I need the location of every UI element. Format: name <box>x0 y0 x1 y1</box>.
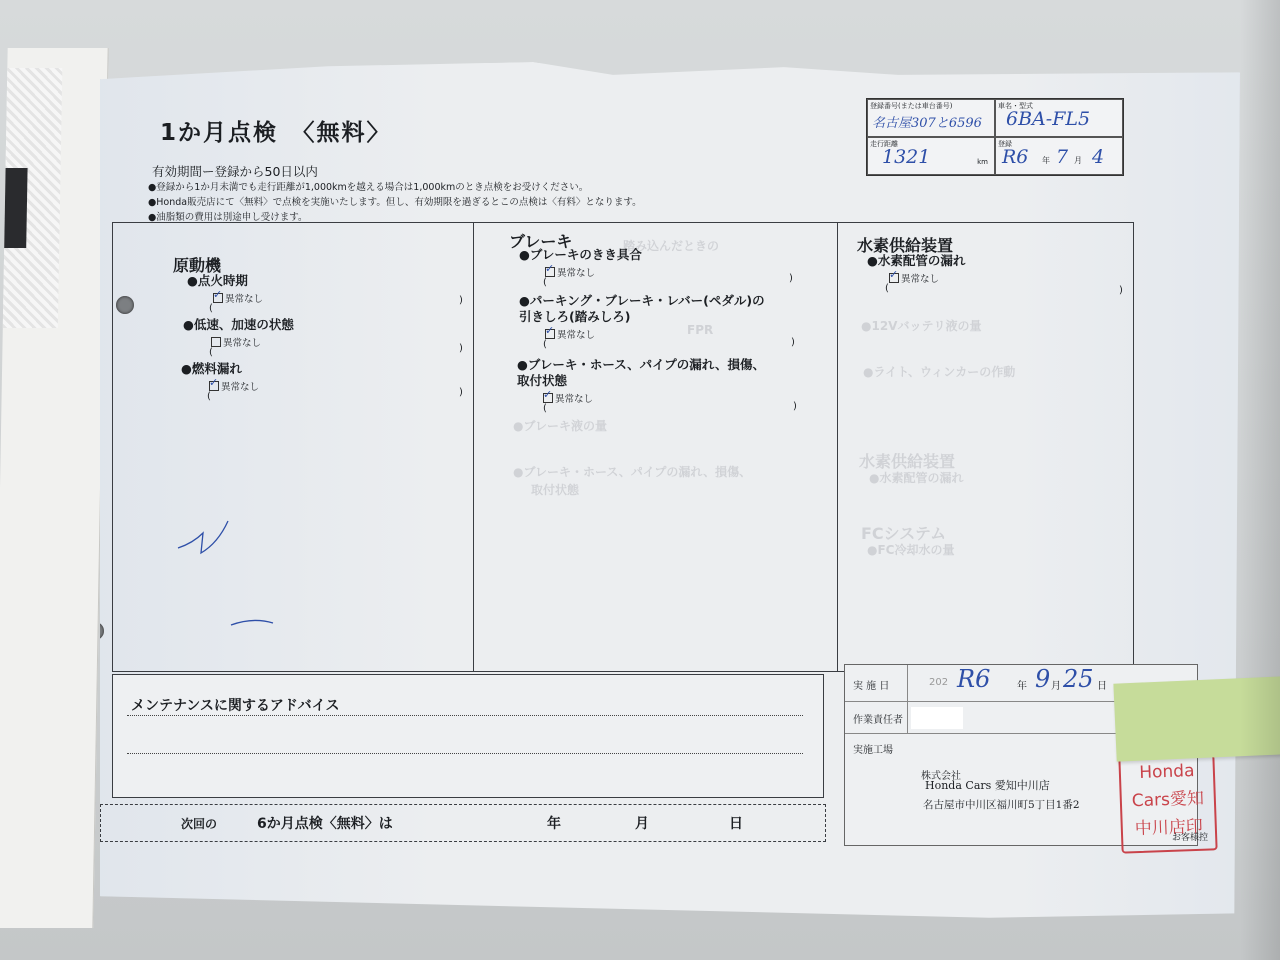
item-label: ●パーキング・ブレーキ・レバー(ペダル)の 引きしろ(踏みしろ) <box>519 293 765 325</box>
item-label: ●ブレーキ・ホース、パイプの漏れ、損傷、 取付状態 <box>517 357 765 389</box>
checkbox[interactable] <box>209 381 219 391</box>
note-item: ●Honda販売店にて〈無料〉で点検を実施いたします。但し、有効期限を過ぎるとこ… <box>148 195 642 210</box>
check-row: 異常なし <box>543 391 593 405</box>
reg-date-day: 4 <box>1092 146 1104 168</box>
inspection-grid: 原動機 ●点火時期 異常なし ( ) ●低速、加速の状態 異常なし ( ) ●燃… <box>112 222 1134 672</box>
section-brake: 踏み込んだときの ブレーキ ●ブレーキのきき具合 異常なし ( ) ●パーキング… <box>473 223 838 671</box>
company-name: Honda Cars 愛知中川店 <box>925 777 1050 793</box>
item-label: ●燃料漏れ <box>181 361 242 377</box>
check-row: 異常なし <box>209 379 259 393</box>
pen-scribble <box>173 513 283 633</box>
underlying-booklet <box>0 48 109 928</box>
section-engine: 原動機 ●点火時期 異常なし ( ) ●低速、加速の状態 異常なし ( ) ●燃… <box>113 223 474 671</box>
next-inspection-box: 次回の 6か月点検〈無料〉は 年 月 日 <box>100 804 826 842</box>
binder-hole <box>116 296 134 314</box>
reg-number-label: 登録番号(または車台番号) <box>870 101 992 111</box>
next-day-unit: 日 <box>729 813 743 833</box>
reg-number-value: 名古屋307と6596 <box>872 112 982 131</box>
checkbox[interactable] <box>213 293 223 303</box>
section-hydrogen: 水素供給装置 ●水素配管の漏れ 異常なし ( ) ●12Vバッテリ液の量 ●ライ… <box>837 223 1133 671</box>
company-address: 名古屋市中川区福川町5丁目1番2 <box>923 797 1080 812</box>
execution-date-era: R6 <box>957 665 990 693</box>
reg-month-unit: 月 <box>1074 155 1082 166</box>
execution-date-label: 実 施 日 <box>853 677 889 692</box>
item-label: ●水素配管の漏れ <box>867 253 965 269</box>
registration-box: 登録番号(または車台番号) 名古屋307と6596 車名・型式 6BA-FL5 … <box>866 98 1124 176</box>
next-prefix: 次回の <box>181 815 217 832</box>
next-inspection-name: 6か月点検〈無料〉は <box>257 813 393 833</box>
inspection-form-page: 1か月点検 〈無料〉 有効期間ー登録から50日以内 ●登録から1か月未満でも走行… <box>100 62 1240 922</box>
item-label: ●点火時期 <box>187 273 248 289</box>
reg-date-cell: 登録 R6 年 7 月 4 <box>995 137 1123 175</box>
mileage-unit: km <box>977 158 988 166</box>
execution-date-day: 25 <box>1063 665 1094 693</box>
next-year-unit: 年 <box>547 813 561 833</box>
reg-number-cell: 登録番号(または車台番号) 名古屋307と6596 <box>867 99 995 137</box>
check-row: 異常なし <box>545 265 595 279</box>
booklet-dark-tab <box>4 168 27 248</box>
redacted-name <box>911 707 963 729</box>
checkbox[interactable] <box>543 393 553 403</box>
check-row: 異常なし <box>213 291 263 305</box>
next-month-unit: 月 <box>635 813 649 833</box>
mileage-value: 1321 <box>882 146 930 168</box>
execution-date-month: 9 <box>1035 665 1050 693</box>
validity-period: 有効期間ー登録から50日以内 <box>152 162 318 180</box>
checkbox[interactable] <box>889 273 899 283</box>
item-label: ●低速、加速の状態 <box>183 317 294 333</box>
notes-list: ●登録から1か月未満でも走行距離が1,000kmを越える場合は1,000kmのと… <box>148 180 642 225</box>
check-row: 異常なし <box>889 271 939 285</box>
check-row: 異常なし <box>545 327 595 341</box>
item-label: ●ブレーキのきき具合 <box>519 247 642 263</box>
model-cell: 車名・型式 6BA-FL5 <box>995 99 1123 137</box>
form-title: 1か月点検 〈無料〉 <box>160 114 392 147</box>
checkbox[interactable] <box>211 337 221 347</box>
mileage-cell: 走行距離 1321 km <box>867 137 995 175</box>
model-value: 6BA-FL5 <box>1006 108 1090 130</box>
reg-date-month: 7 <box>1056 146 1068 168</box>
customer-copy-label: お客様控 <box>1172 830 1208 843</box>
advice-title: メンテナンスに関するアドバイス <box>131 695 339 715</box>
reg-date-era: R6 <box>1002 146 1028 168</box>
note-item: ●登録から1か月未満でも走行距離が1,000kmを越える場合は1,000kmのと… <box>148 180 642 195</box>
responsible-person-label: 作業責任者 <box>853 711 903 726</box>
check-row: 異常なし <box>211 335 261 349</box>
checkbox[interactable] <box>545 329 555 339</box>
maintenance-advice-box: メンテナンスに関するアドバイス <box>112 674 824 798</box>
checkbox[interactable] <box>545 267 555 277</box>
reg-year-unit: 年 <box>1042 155 1050 166</box>
factory-label: 実施工場 <box>853 741 893 756</box>
